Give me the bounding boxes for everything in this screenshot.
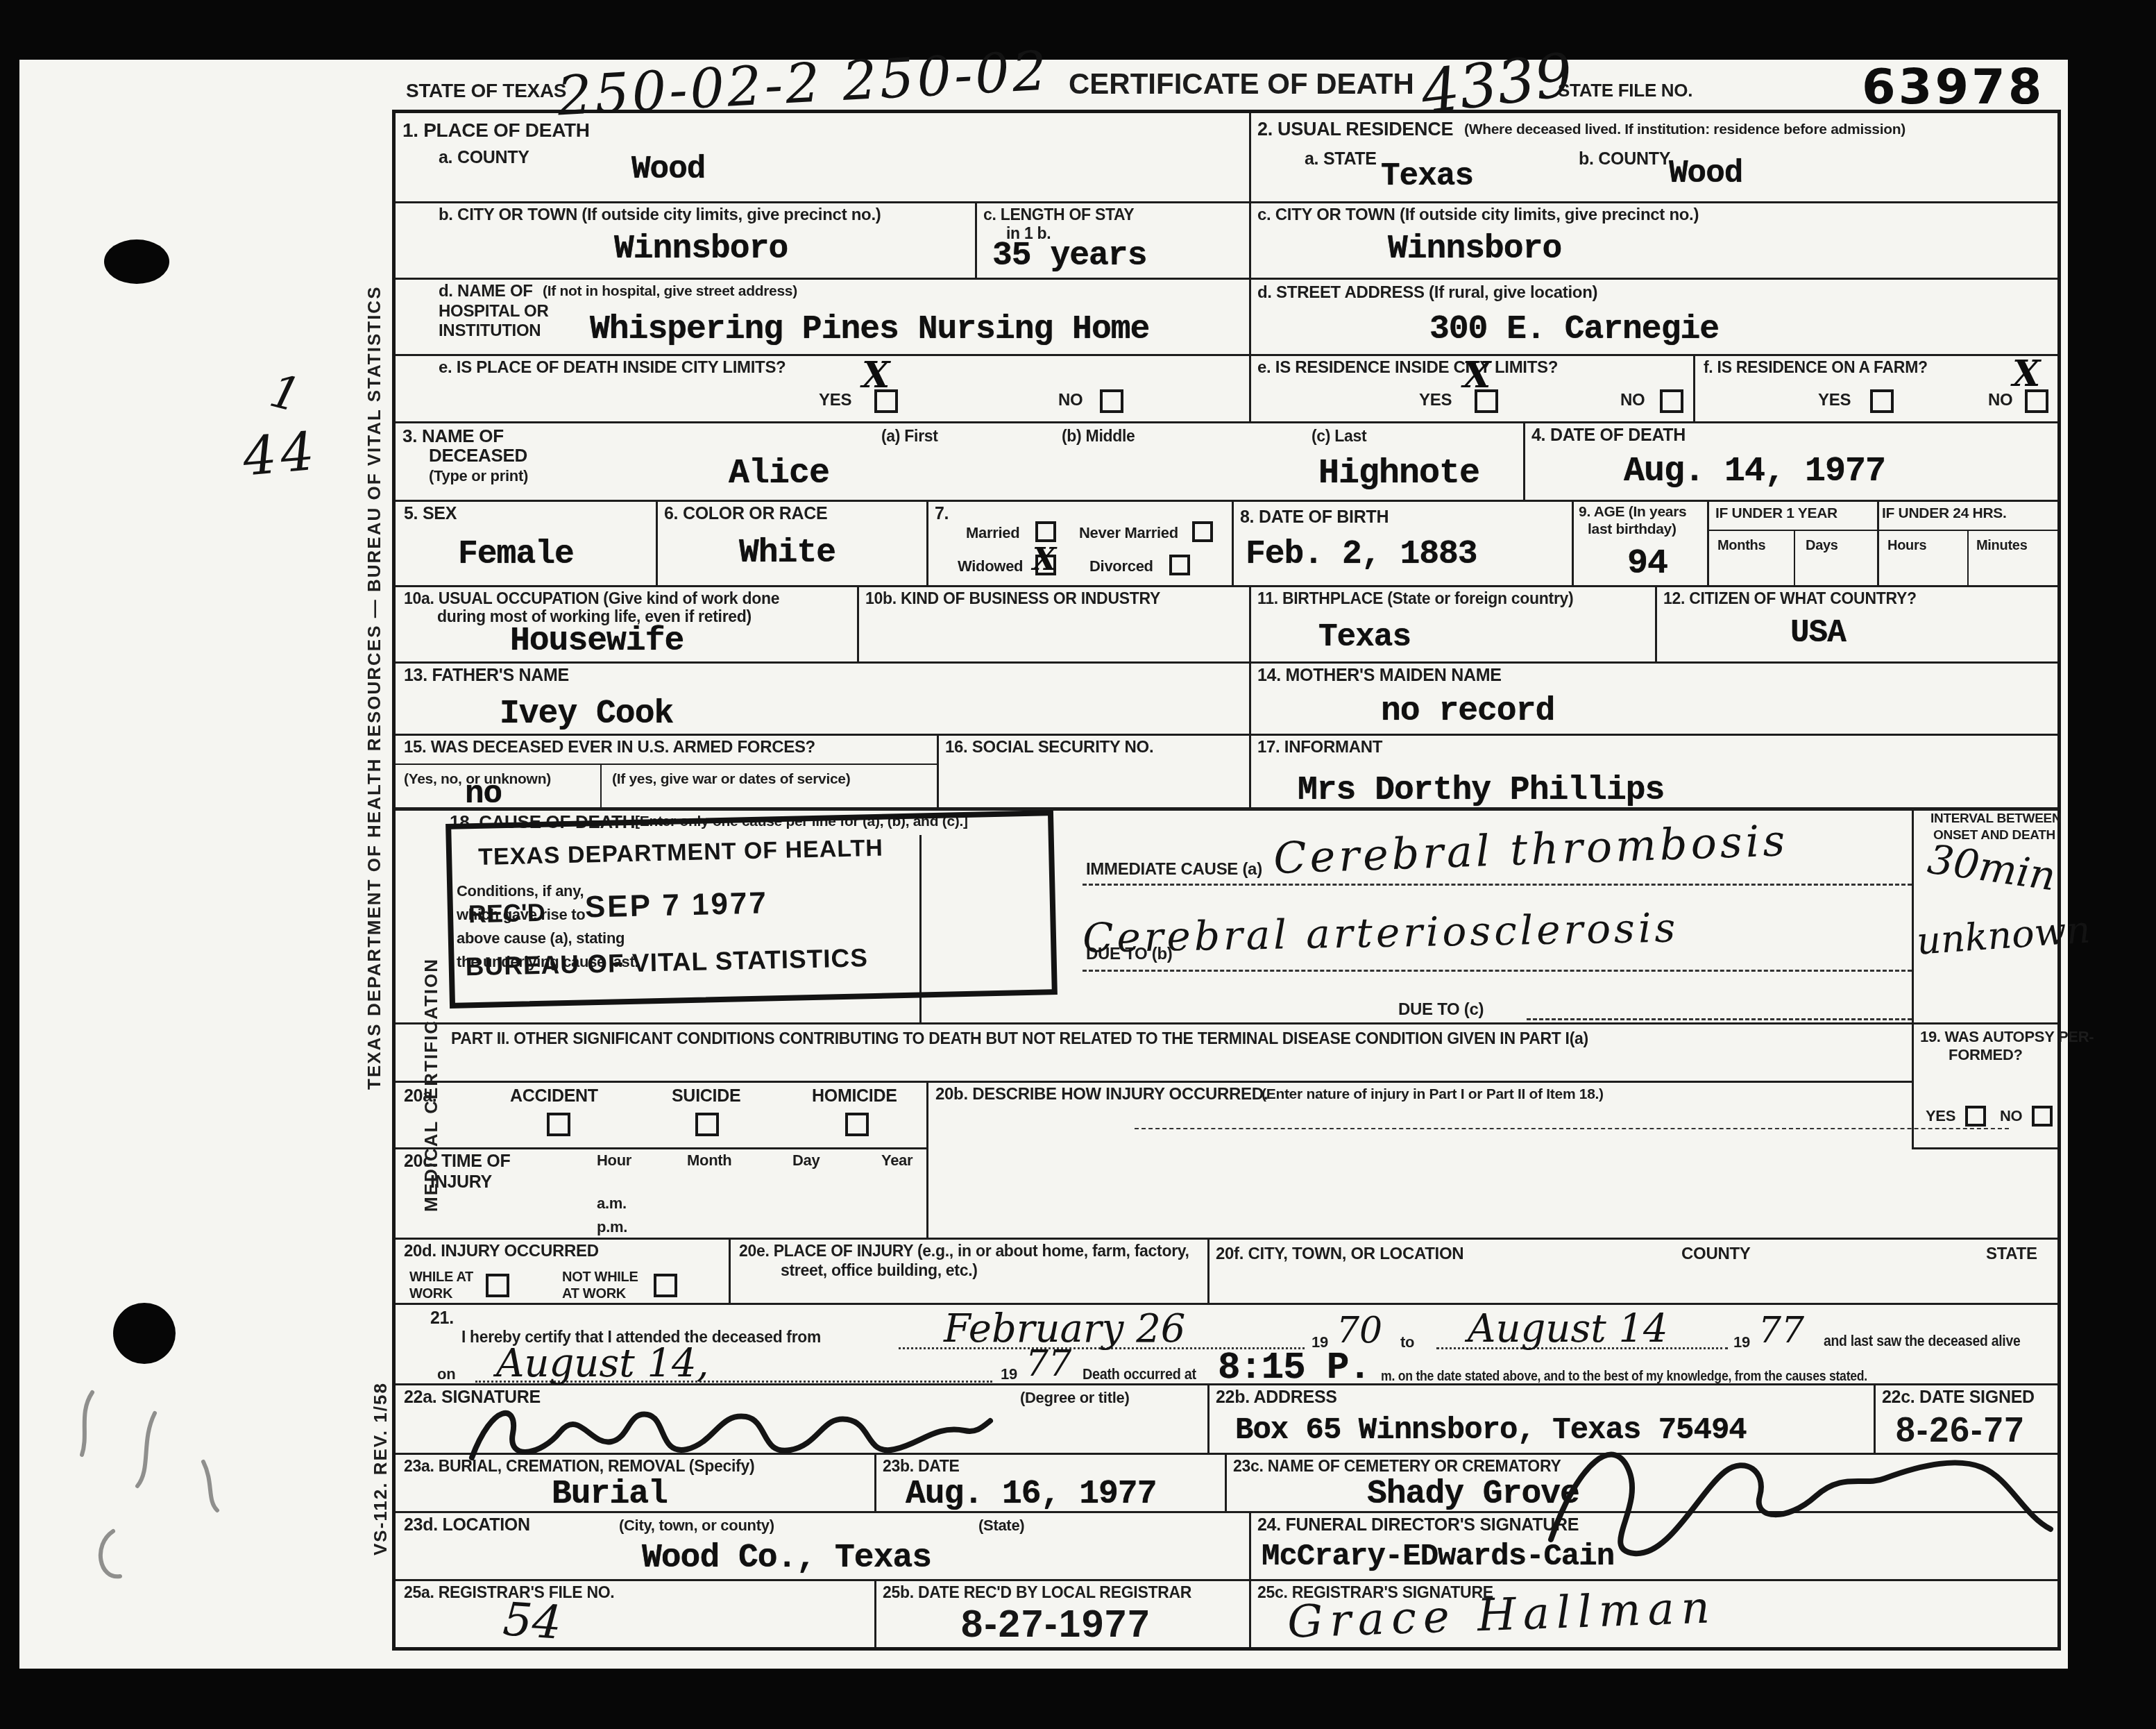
injury-20e-label-2: street, office building, etc.): [781, 1261, 978, 1280]
autopsy-no-label: NO: [2000, 1107, 2022, 1125]
injury-20c-label-1: 20c. TIME OF: [404, 1152, 510, 1172]
hours-label: Hours: [1887, 538, 1926, 555]
citizen-value: USA: [1790, 617, 1846, 649]
age-value: 94: [1627, 547, 1667, 582]
accident-label: ACCIDENT: [510, 1086, 598, 1107]
institution-note: (If not in hospital, give street address…: [543, 283, 797, 301]
form-code-vertical-text: VS-112. REV. 1/58: [370, 1319, 391, 1555]
occupation-value: Housewife: [510, 625, 684, 658]
injury-20d-label: 20d. INJURY OCCURRED: [404, 1242, 599, 1261]
burial-location-note-2: (State): [978, 1517, 1024, 1535]
address-22b-label: 22b. ADDRESS: [1216, 1388, 1337, 1408]
deceased-heading: 3. NAME OF: [402, 425, 504, 447]
cause-a-handwriting: Cerebral thrombosis: [1273, 819, 1789, 880]
part-2-label: PART II. OTHER SIGNIFICANT CONDITIONS CO…: [451, 1029, 1588, 1048]
local-file-number-handwriting: 4339: [1418, 45, 1577, 123]
months-label: Months: [1717, 538, 1765, 555]
under-1-year-label: IF UNDER 1 YEAR: [1715, 505, 1837, 523]
cert-number: 21.: [430, 1308, 454, 1329]
mother-name-value: no record: [1381, 695, 1554, 728]
informant-label: 17. INFORMANT: [1257, 738, 1382, 757]
cert-line1-tail: and last saw the deceased alive: [1824, 1332, 2020, 1350]
not-while-checkbox: [654, 1274, 677, 1297]
farm-no-label: NO: [1988, 391, 2012, 410]
death-limits-no-checkbox: [1100, 389, 1123, 413]
birthplace-value: Texas: [1318, 621, 1411, 653]
month-label: Month: [687, 1152, 731, 1170]
cert-on-date: August 14,: [496, 1344, 709, 1383]
autopsy-yes-checkbox: [1965, 1106, 1986, 1127]
burial-method-value: Burial: [552, 1478, 668, 1511]
county-of-death-label: a. COUNTY: [439, 148, 529, 169]
residence-county-value: Wood: [1669, 158, 1742, 189]
institution-label-3: INSTITUTION: [439, 321, 541, 341]
first-name-label: (a) First: [881, 427, 938, 446]
father-name-label: 13. FATHER'S NAME: [404, 666, 569, 686]
not-while-label-1: NOT WHILE: [562, 1270, 638, 1286]
registrar-signature-value: Grace Hallman: [1287, 1585, 1717, 1645]
race-label: 6. COLOR OR RACE: [664, 504, 828, 525]
cert-line2-tail: m. on the date stated above, and to the …: [1381, 1368, 1867, 1385]
sex-value: Female: [458, 538, 574, 571]
age-label-2: last birthday): [1588, 521, 1677, 539]
citizen-label: 12. CITIZEN OF WHAT COUNTRY?: [1663, 589, 1917, 608]
occupation-label: 10a. USUAL OCCUPATION (Give kind of work…: [404, 589, 779, 608]
father-name-value: Ivey Cook: [500, 698, 673, 731]
residence-limits-no-label: NO: [1620, 391, 1645, 410]
minutes-label: Minutes: [1976, 538, 2027, 555]
farm-yes-label: YES: [1818, 391, 1851, 410]
widowed-xmark: X: [1033, 545, 1056, 575]
burial-date-value: Aug. 16, 1977: [906, 1478, 1156, 1511]
race-value: White: [739, 537, 835, 570]
stamp-recd: REC'D: [468, 898, 546, 929]
not-while-label-2: AT WORK: [562, 1286, 626, 1303]
homicide-label: HOMICIDE: [812, 1086, 897, 1107]
industry-label: 10b. KIND OF BUSINESS OR INDUSTRY: [865, 589, 1160, 608]
injury-state-label: STATE: [1986, 1245, 2037, 1264]
medical-certification-vertical-text: MEDICAL CERTIFICATION: [421, 962, 442, 1212]
while-at-work-checkbox: [486, 1274, 509, 1297]
cert-time-value: 8:15 P.: [1218, 1350, 1370, 1388]
deceased-heading-3: (Type or print): [429, 467, 528, 485]
length-of-stay-value: 35 years: [992, 239, 1146, 273]
days-label: Days: [1806, 538, 1838, 555]
injury-20e-label-1: 20e. PLACE OF INJURY (e.g., in or about …: [739, 1242, 1189, 1260]
first-name-value: Alice: [729, 457, 829, 491]
certificate-page: 1 44 TEXAS DEPARTMENT OF HEALTH RESOURCE…: [19, 60, 2068, 1669]
am-label: a.m.: [597, 1195, 627, 1213]
state-file-no-label: STATE FILE NO.: [1558, 80, 1692, 101]
dob-label: 8. DATE OF BIRTH: [1240, 507, 1389, 528]
cert-death-at: Death occurred at: [1083, 1365, 1196, 1383]
residence-heading-note: (Where deceased lived. If institution: r…: [1464, 121, 1905, 139]
county-of-death-value: Wood: [631, 153, 705, 185]
birthplace-label: 11. BIRTHPLACE (State or foreign country…: [1257, 589, 1573, 608]
year-label: Year: [881, 1152, 913, 1170]
last-name-value: Highnote: [1318, 457, 1479, 491]
autopsy-yes-label: YES: [1926, 1107, 1955, 1125]
accident-checkbox: [547, 1113, 570, 1136]
pm-label: p.m.: [597, 1218, 627, 1236]
armed-forces-label: 15. WAS DECEASED EVER IN U.S. ARMED FORC…: [404, 738, 815, 757]
marital-label: 7.: [935, 504, 949, 525]
farm-no-xmark: X: [2012, 356, 2040, 392]
cert-on: on: [437, 1365, 455, 1383]
married-checkbox: [1035, 521, 1056, 542]
agency-vertical-text: TEXAS DEPARTMENT OF HEALTH RESOURCES — B…: [364, 319, 385, 1090]
residence-heading: 2. USUAL RESIDENCE: [1257, 119, 1453, 141]
death-limits-yes-label: YES: [819, 391, 851, 410]
never-married-checkbox: [1192, 521, 1213, 542]
residence-state-label: a. STATE: [1305, 149, 1377, 170]
last-name-label: (c) Last: [1312, 427, 1366, 446]
due-to-c-label: DUE TO (c): [1398, 1000, 1484, 1020]
stamp-bureau: BUREAU OF VITAL STATISTICS: [465, 943, 868, 981]
while-at-work-label-2: WORK: [409, 1286, 452, 1303]
middle-name-label: (b) Middle: [1062, 427, 1135, 446]
state-of-texas-label: STATE OF TEXAS: [406, 79, 566, 102]
length-of-stay-label: c. LENGTH OF STAY: [983, 205, 1134, 224]
ssn-label: 16. SOCIAL SECURITY NO.: [945, 738, 1153, 757]
suicide-label: SUICIDE: [672, 1086, 740, 1107]
cause-b-handwriting: Cerebral arteriosclerosis: [1083, 908, 1679, 959]
interval-label-1: INTERVAL BETWEEN: [1930, 811, 2061, 827]
punch-hole-top: [104, 239, 169, 284]
mother-name-label: 14. MOTHER'S MAIDEN NAME: [1257, 666, 1502, 686]
degree-or-title-label: (Degree or title): [1020, 1389, 1129, 1407]
cert-to: to: [1400, 1333, 1414, 1351]
residence-city-value: Winnsboro: [1388, 233, 1561, 266]
punch-hole-bottom: [113, 1303, 176, 1364]
stamp-date: SEP 7 1977: [584, 886, 768, 925]
never-married-label: Never Married: [1079, 524, 1178, 542]
cert-to-date: August 14: [1468, 1310, 1668, 1349]
cemetery-label: 23c. NAME OF CEMETERY OR CREMATORY: [1233, 1457, 1561, 1476]
cert-from-year: 70: [1336, 1313, 1382, 1349]
residence-limits-no-checkbox: [1660, 389, 1683, 413]
suicide-checkbox: [695, 1113, 719, 1136]
interval-a-handwriting: 30min: [1926, 838, 2058, 896]
residence-limits-yes-xmark: X: [1463, 357, 1491, 394]
married-label: Married: [966, 524, 1019, 542]
certificate-title: CERTIFICATE OF DEATH: [1069, 67, 1414, 101]
residence-state-value: Texas: [1381, 160, 1473, 192]
residence-city-limits-label: e. IS RESIDENCE INSIDE CITY LIMITS?: [1257, 358, 1558, 378]
institution-label-2: HOSPITAL OR: [439, 302, 549, 321]
sex-label: 5. SEX: [404, 504, 457, 525]
cert-to-year: 77: [1758, 1313, 1804, 1349]
divorced-label: Divorced: [1089, 557, 1153, 575]
street-address-value: 300 E. Carnegie: [1429, 313, 1719, 346]
state-file-number: 63978: [1862, 58, 2045, 115]
injury-20b-label: 20b. DESCRIBE HOW INJURY OCCURRED.: [935, 1085, 1268, 1104]
death-limits-no-label: NO: [1058, 391, 1083, 410]
stamp-agency: TEXAS DEPARTMENT OF HEALTH: [478, 835, 884, 871]
armed-forces-value: no: [465, 778, 502, 810]
funeral-director-signature: [1534, 1428, 2061, 1574]
stray-marks: [51, 1372, 280, 1642]
margin-handwritten-number: 44: [241, 424, 321, 483]
cert-19b: 19: [1733, 1333, 1750, 1351]
street-address-label: d. STREET ADDRESS (If rural, give locati…: [1257, 283, 1597, 303]
deceased-heading-2: DECEASED: [429, 445, 527, 466]
autopsy-label-1: 19. WAS AUTOPSY PER-: [1920, 1028, 2094, 1046]
funeral-director-label: 24. FUNERAL DIRECTOR'S SIGNATURE: [1257, 1515, 1579, 1536]
residence-farm-label: f. IS RESIDENCE ON A FARM?: [1704, 358, 1928, 377]
burial-location-label: 23d. LOCATION: [404, 1515, 530, 1536]
residence-county-label: b. COUNTY: [1579, 149, 1670, 170]
date-of-death-label: 4. DATE OF DEATH: [1531, 425, 1686, 446]
institution-label: d. NAME OF: [439, 282, 533, 301]
autopsy-label-2: FORMED?: [1949, 1046, 2023, 1064]
margin-handwritten-mark: 1: [266, 368, 305, 419]
hour-label: Hour: [597, 1152, 631, 1170]
armed-forces-note-2: (If yes, give war or dates of service): [612, 771, 850, 788]
injury-20f-label: 20f. CITY, TOWN, OR LOCATION: [1216, 1245, 1463, 1264]
injury-county-label: COUNTY: [1681, 1245, 1751, 1264]
while-at-work-label-1: WHILE AT: [409, 1270, 473, 1286]
day-label: Day: [792, 1152, 820, 1170]
cert-19c: 19: [1001, 1365, 1017, 1383]
divorced-checkbox: [1169, 555, 1190, 575]
age-label: 9. AGE (In years: [1579, 504, 1687, 521]
death-city-limits-label: e. IS PLACE OF DEATH INSIDE CITY LIMITS?: [439, 358, 786, 378]
autopsy-no-checkbox: [2032, 1106, 2053, 1127]
date-signed-label: 22c. DATE SIGNED: [1882, 1388, 2035, 1408]
homicide-checkbox: [845, 1113, 869, 1136]
cert-on-year: 77: [1026, 1346, 1071, 1382]
injury-20b-note: (Enter nature of injury in Part I or Par…: [1262, 1086, 1604, 1104]
physician-signature: [455, 1392, 996, 1475]
residence-limits-yes-label: YES: [1419, 391, 1452, 410]
date-recd-value: 8-27-1977: [961, 1604, 1151, 1643]
widowed-label: Widowed: [958, 557, 1023, 575]
city-of-death-value: Winnsboro: [614, 233, 788, 266]
farm-yes-checkbox: [1870, 389, 1894, 413]
dob-value: Feb. 2, 1883: [1246, 538, 1477, 571]
under-24-hrs-label: IF UNDER 24 HRS.: [1882, 505, 2007, 523]
date-recd-label: 25b. DATE REC'D BY LOCAL REGISTRAR: [883, 1583, 1191, 1602]
scanned-death-certificate: { "header": { "state_of_texas": "STATE O…: [0, 0, 2156, 1729]
date-of-death-value: Aug. 14, 1977: [1624, 455, 1885, 489]
death-limits-yes-xmark: X: [862, 357, 890, 394]
informant-value: Mrs Dorthy Phillips: [1298, 774, 1664, 807]
burial-location-value: Wood Co., Texas: [642, 1542, 931, 1575]
received-stamp: TEXAS DEPARTMENT OF HEALTH REC'D SEP 7 1…: [445, 810, 1058, 1009]
burial-location-note-1: (City, town, or county): [619, 1517, 774, 1535]
certificate-form: 1. PLACE OF DEATH a. COUNTY Wood 2. USUA…: [392, 110, 2061, 1651]
institution-value: Whispering Pines Nursing Home: [590, 313, 1149, 346]
residence-city-label: c. CITY OR TOWN (If outside city limits,…: [1257, 205, 1699, 225]
registrar-file-no-value: 54: [502, 1596, 563, 1646]
interval-b-handwriting: unknown: [1915, 911, 2091, 960]
city-of-death-label: b. CITY OR TOWN (If outside city limits,…: [439, 205, 881, 225]
immediate-cause-label: IMMEDIATE CAUSE (a): [1086, 860, 1262, 879]
